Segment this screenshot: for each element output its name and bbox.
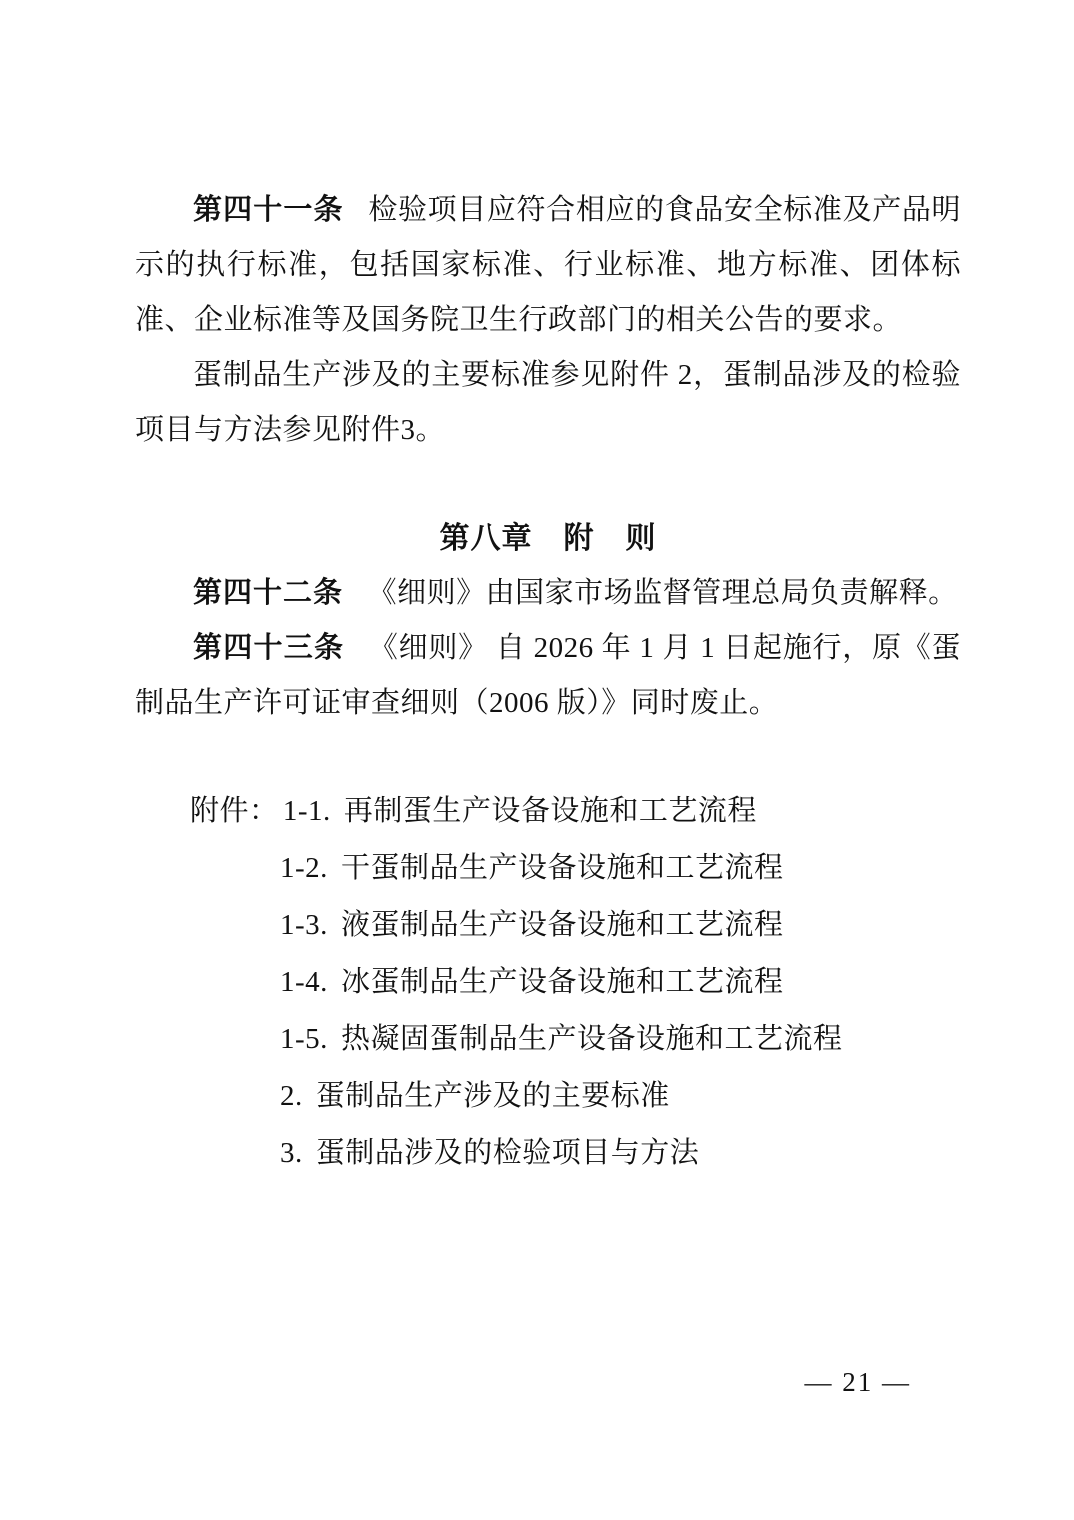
attachment-title: 干蛋制品生产设备设施和工艺流程 bbox=[341, 840, 784, 897]
attachment-item: 3. 蛋制品涉及的检验项目与方法 bbox=[280, 1125, 961, 1182]
document-body: 第四十一条检验项目应符合相应的食品安全标准及产品明示的执行标准，包括国家标准、行… bbox=[135, 183, 961, 1182]
attachment-number: 2. bbox=[280, 1068, 303, 1125]
article-43-label: 第四十三条 bbox=[193, 632, 344, 664]
attachment-number: 1-3. bbox=[280, 897, 328, 954]
attachment-title: 蛋制品涉及的检验项目与方法 bbox=[316, 1125, 700, 1182]
attachment-item: 1-5. 热凝固蛋制品生产设备设施和工艺流程 bbox=[280, 1011, 961, 1068]
article-42-label: 第四十二条 bbox=[193, 577, 343, 609]
attachment-item: 1-3. 液蛋制品生产设备设施和工艺流程 bbox=[280, 897, 961, 954]
attachment-number: 1-4. bbox=[280, 954, 328, 1011]
attachment-list: 附件： 1-1. 再制蛋生产设备设施和工艺流程 1-2. 干蛋制品生产设备设施和… bbox=[135, 783, 961, 1182]
attachment-number: 3. bbox=[280, 1125, 303, 1182]
standards-reference-paragraph: 蛋制品生产涉及的主要标准参见附件 2，蛋制品涉及的检验项目与方法参见附件3。 bbox=[135, 348, 961, 458]
attachment-number: 1-5. bbox=[280, 1011, 328, 1068]
document-page: 第四十一条检验项目应符合相应的食品安全标准及产品明示的执行标准，包括国家标准、行… bbox=[0, 0, 1074, 1520]
attachment-item: 附件： 1-1. 再制蛋生产设备设施和工艺流程 bbox=[190, 783, 961, 840]
attachments-label: 附件： bbox=[190, 783, 279, 840]
attachment-title: 冰蛋制品生产设备设施和工艺流程 bbox=[341, 954, 784, 1011]
attachment-number: 1-2. bbox=[280, 840, 328, 897]
page-number: — 21 — bbox=[805, 1362, 912, 1402]
article-42-text: 《细则》由国家市场监督管理总局负责解释。 bbox=[368, 577, 958, 609]
attachment-number: 1-1. bbox=[283, 783, 331, 840]
attachment-item: 2. 蛋制品生产涉及的主要标准 bbox=[280, 1068, 961, 1125]
attachment-title: 液蛋制品生产设备设施和工艺流程 bbox=[341, 897, 784, 954]
attachment-title: 再制蛋生产设备设施和工艺流程 bbox=[344, 783, 757, 840]
attachment-title: 蛋制品生产涉及的主要标准 bbox=[316, 1068, 670, 1125]
chapter-8-heading: 第八章 附 则 bbox=[135, 511, 961, 566]
attachment-title: 热凝固蛋制品生产设备设施和工艺流程 bbox=[341, 1011, 843, 1068]
article-43-paragraph: 第四十三条《细则》 自 2026 年 1 月 1 日起施行，原《蛋制品生产许可证… bbox=[135, 621, 961, 731]
attachment-item: 1-4. 冰蛋制品生产设备设施和工艺流程 bbox=[280, 954, 961, 1011]
article-41-paragraph: 第四十一条检验项目应符合相应的食品安全标准及产品明示的执行标准，包括国家标准、行… bbox=[135, 183, 961, 348]
article-41-label: 第四十一条 bbox=[193, 194, 344, 226]
article-42-paragraph: 第四十二条《细则》由国家市场监督管理总局负责解释。 bbox=[135, 566, 961, 621]
attachment-item: 1-2. 干蛋制品生产设备设施和工艺流程 bbox=[280, 840, 961, 897]
